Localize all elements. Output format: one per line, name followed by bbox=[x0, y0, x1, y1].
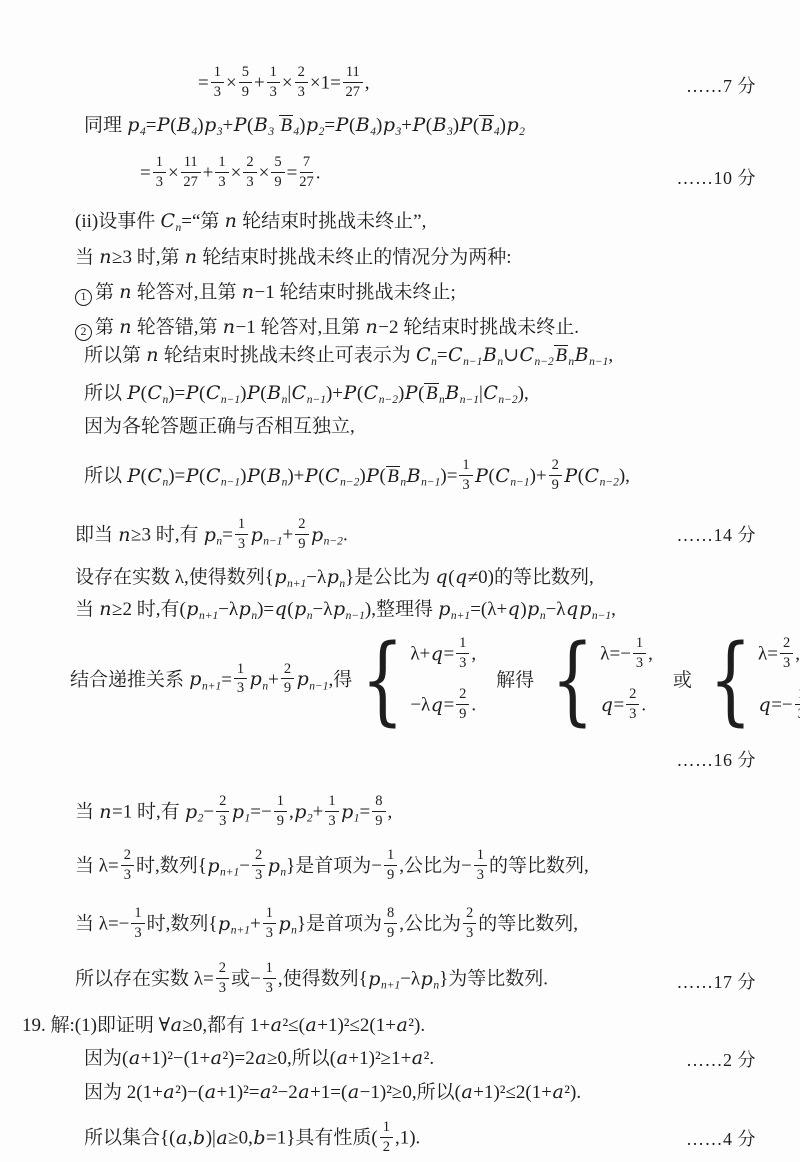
fraction: 13 bbox=[153, 154, 166, 190]
line-case-2: 2第 n 轮答错,第 n−1 轮答对,且第 n−2 轮结束时挑战未终止. bbox=[75, 316, 579, 341]
line-define-event-cn: (ii)设事件 Cn=“第 n 轮结束时挑战未终止”, bbox=[75, 210, 426, 235]
fraction: 29 bbox=[549, 457, 562, 493]
system-connector: 解得 bbox=[496, 669, 534, 693]
system-equation: λ=−13, bbox=[600, 637, 653, 673]
fraction: 29 bbox=[295, 516, 308, 552]
line-lambda-two-thirds: 当 λ=23时,数列{pn+1−23pn}是首项为−19,公比为−13的等比数列… bbox=[75, 849, 589, 885]
fraction: 89 bbox=[372, 793, 385, 829]
fraction: 727 bbox=[299, 154, 314, 190]
fraction: 13 bbox=[267, 64, 280, 100]
eq-p3-value: =13×59+13×23×1=1127, bbox=[198, 66, 370, 102]
score-mark: ……16 分 bbox=[677, 746, 757, 772]
score-mark: ……17 分 bbox=[677, 968, 757, 994]
score-mark: ……4 分 bbox=[686, 1125, 756, 1151]
line-lambda-conclusion: 所以存在实数 λ=23或−13,使得数列{pn+1−λpn}为等比数列. bbox=[75, 962, 548, 998]
fraction: 12 bbox=[380, 1119, 393, 1155]
fraction: 1127 bbox=[343, 64, 363, 100]
fraction: 23 bbox=[216, 793, 229, 829]
fraction: 13 bbox=[234, 661, 247, 697]
fraction: 13 bbox=[215, 154, 228, 190]
line-case-1: 1第 n 轮答对,且第 n−1 轮结束时挑战未终止; bbox=[75, 281, 456, 306]
line-two-cases-intro: 当 n≥3 时,第 n 轮结束时挑战未终止的情况分为两种: bbox=[75, 246, 511, 270]
fraction: 23 bbox=[121, 847, 134, 883]
score-mark: ……10 分 bbox=[677, 164, 757, 190]
line-lambda-neg-one-third: 当 λ=−13时,数列{pn+1+13pn}是首项为89,公比为23的等比数列, bbox=[75, 907, 578, 943]
line-19-inequality-2: 因为 2(1+a²)−(a+1)²=a²−2a+1=(a−1)²≥0,所以(a+… bbox=[84, 1081, 581, 1105]
fraction: 23 bbox=[295, 64, 308, 100]
equation-system: {λ=23,q=−13. bbox=[700, 637, 800, 725]
system-equation: q=−13. bbox=[758, 688, 800, 724]
eq-p4-value: =13×1127+13×23×59=727. bbox=[140, 156, 321, 192]
fraction: 13 bbox=[263, 905, 276, 941]
system-equation: λ=23, bbox=[758, 637, 800, 673]
fraction: 13 bbox=[633, 635, 646, 671]
line-19-set-conclusion: 所以集合{(a,b)|a≥0,b=1}具有性质(12,1). bbox=[84, 1121, 420, 1157]
fraction: 23 bbox=[463, 905, 476, 941]
score-mark: ……2 分 bbox=[686, 1046, 756, 1072]
fraction: 19 bbox=[274, 793, 287, 829]
line-pcn-recurrence: 所以 P(Cn)=P(Cn−1)P(Bn)+P(Cn−2)P(BnBn−1)=1… bbox=[84, 459, 630, 495]
fraction: 23 bbox=[243, 154, 256, 190]
fraction: 13 bbox=[459, 457, 472, 493]
fraction: 23 bbox=[626, 686, 639, 722]
document-page: =13×59+13×23×1=1127,同理 p4=P(B4)p3+P(B3 B… bbox=[0, 0, 800, 1162]
system-equation: λ+q=13, bbox=[410, 637, 476, 673]
line-assume-lambda: 设存在实数 λ,使得数列{pn+1−λpn}是公比为 q(q≠0)的等比数列, bbox=[75, 566, 594, 591]
system-lambda-q: 结合递推关系 pn+1=13pn+29pn−1,得{λ+q=13,−λq=29.… bbox=[70, 637, 800, 725]
fraction: 13 bbox=[474, 847, 487, 883]
line-independence: 因为各轮答题正确与否相互独立, bbox=[84, 415, 355, 439]
fraction: 23 bbox=[780, 635, 793, 671]
line-n-ge-2-identity: 当 n≥2 时,有(pn+1−λpn)=q(pn−λpn−1),整理得 pn+1… bbox=[75, 598, 616, 623]
fraction: 13 bbox=[263, 960, 276, 996]
fraction: 59 bbox=[239, 64, 252, 100]
line-pn-recurrence: 即当 n≥3 时,有 pn=13pn−1+29pn−2. bbox=[75, 518, 348, 554]
system-brace: { bbox=[551, 640, 594, 722]
fraction: 23 bbox=[252, 847, 265, 883]
fraction: 29 bbox=[456, 686, 469, 722]
fraction: 13 bbox=[456, 635, 469, 671]
line-pcn-conditional: 所以 P(Cn)=P(Cn−1)P(Bn|Cn−1)+P(Cn−2)P(BnBn… bbox=[84, 382, 529, 407]
fraction: 13 bbox=[131, 905, 144, 941]
line-cn-expression: 所以第 n 轮结束时挑战未终止可表示为 Cn=Cn−1Bn∪Cn−2BnBn−1… bbox=[84, 344, 613, 369]
system-equation: −λq=29. bbox=[410, 688, 476, 724]
fraction: 13 bbox=[235, 516, 248, 552]
system-connector: 或 bbox=[673, 669, 692, 693]
system-lead-text: 结合递推关系 pn+1=13pn+29pn−1,得 bbox=[70, 663, 352, 699]
fraction: 13 bbox=[211, 64, 224, 100]
fraction: 19 bbox=[384, 847, 397, 883]
fraction: 29 bbox=[281, 661, 294, 697]
line-19-inequality-1: 因为(a+1)²−(1+a²)=2a≥0,所以(a+1)²≥1+a². bbox=[84, 1047, 434, 1071]
fraction: 23 bbox=[216, 960, 229, 996]
circled-number: 2 bbox=[75, 324, 92, 341]
equation-system: {λ+q=13,−λq=29. bbox=[352, 637, 476, 725]
fraction: 89 bbox=[384, 905, 397, 941]
score-mark: ……14 分 bbox=[677, 521, 757, 547]
fraction: 13 bbox=[795, 686, 800, 722]
system-brace: { bbox=[709, 640, 752, 722]
equation-system: {λ=−13,q=23. bbox=[542, 637, 653, 725]
fraction: 1127 bbox=[181, 154, 201, 190]
score-mark: ……7 分 bbox=[686, 72, 756, 98]
fraction: 59 bbox=[271, 154, 284, 190]
line-n-equals-1: 当 n=1 时,有 p2−23p1=−19,p2+13p1=89, bbox=[75, 795, 392, 831]
line-19-claim: 19. 解:(1)即证明 ∀a≥0,都有 1+a²≤(a+1)²≤2(1+a²)… bbox=[22, 1014, 425, 1038]
eq-p4-definition: 同理 p4=P(B4)p3+P(B3 B4)p2=P(B4)p3+P(B3)P(… bbox=[84, 114, 525, 139]
system-equation: q=23. bbox=[600, 688, 653, 724]
circled-number: 1 bbox=[75, 289, 92, 306]
system-brace: { bbox=[361, 640, 404, 722]
fraction: 13 bbox=[325, 793, 338, 829]
